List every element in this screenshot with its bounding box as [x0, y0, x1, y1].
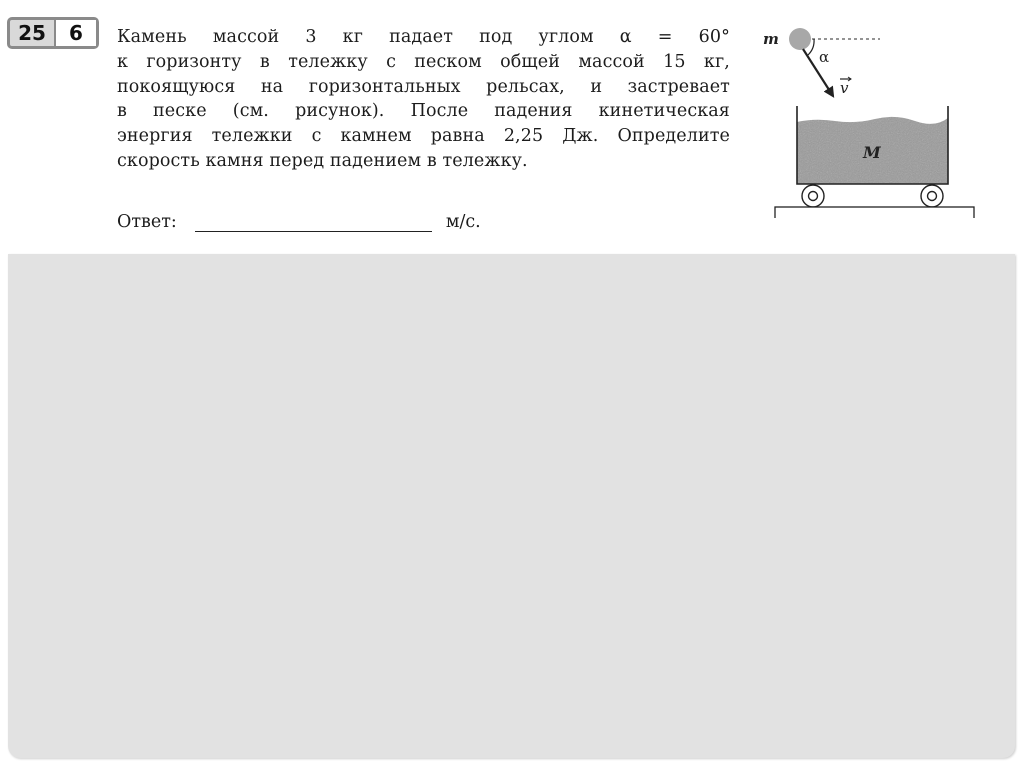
- cart-mass-label: M: [862, 143, 882, 162]
- problem-number: 25: [10, 20, 54, 46]
- stone-icon: [789, 28, 811, 50]
- problem-line: энергиятележкискамнемравна2,25Дж.Определ…: [117, 124, 730, 149]
- wheel-icon: [802, 185, 824, 207]
- problem-number-badge: 25 6: [7, 17, 99, 49]
- velocity-label: v: [840, 79, 849, 97]
- problem-line: скорость камня перед падением в тележку.: [117, 149, 730, 174]
- problem-line: покоящуюсянагоризонтальныхрельсах,изастр…: [117, 75, 730, 100]
- rail: [775, 207, 974, 218]
- answer-field[interactable]: [195, 213, 432, 232]
- angle-label: α: [819, 48, 829, 66]
- cart-diagram: m α v M: [755, 18, 1005, 218]
- problem-line: Каменьмассой3кгпадаетподугломα=60°: [117, 25, 730, 50]
- wheel-icon: [921, 185, 943, 207]
- problem-part: 6: [54, 20, 96, 46]
- problem-line: кгоризонтувтележкуспескомобщеймассой15кг…: [117, 50, 730, 75]
- blank-content-panel: [8, 254, 1015, 758]
- problem-text: Каменьмассой3кгпадаетподугломα=60° кгори…: [117, 25, 730, 174]
- stone-label: m: [763, 30, 779, 48]
- answer-unit: м/с.: [446, 212, 481, 232]
- problem-line: впеске(см.рисунок).Послепадениякинетичес…: [117, 99, 730, 124]
- answer-label: Ответ:: [117, 212, 177, 232]
- answer-row: Ответ: м/с.: [117, 212, 481, 232]
